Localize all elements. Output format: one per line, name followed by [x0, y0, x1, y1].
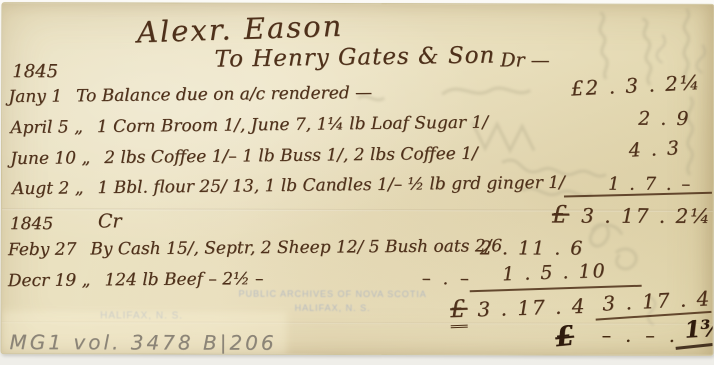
- year-label-credit: 1845: [10, 214, 53, 234]
- entry-date: April 5 „: [10, 117, 83, 138]
- entry-date: Jany 1: [8, 86, 62, 107]
- entry-description: To Balance due on a/c rendered —: [76, 83, 372, 106]
- stamp-line-1: PUBLIC ARCHIVES OF NOVA SCOTIA: [228, 288, 438, 302]
- entry-date: June 10 „: [10, 148, 90, 169]
- catalog-number-pencil: MG1 vol. 3478 B|206: [10, 330, 277, 355]
- debit-total: 3 . 17 . 2¼: [581, 204, 711, 228]
- archive-stamp: PUBLIC ARCHIVES OF NOVA SCOTIA HALIFAX, …: [228, 288, 438, 316]
- balance-amount: 1¾: [684, 314, 714, 344]
- entry-description: By Cash 15/, Septr, 2 Sheep 12/ 5 Bush o…: [90, 236, 502, 259]
- balance-currency-symbol: £: [554, 321, 576, 354]
- credit-total: 3 . 17 . 4: [477, 294, 587, 322]
- debit-indicator: Dr —: [500, 49, 549, 71]
- entry-description: 2 lbs Coffee 1/– 1 lb Buss 1/, 2 lbs Cof…: [104, 144, 478, 168]
- ledger-row-debit: Jany 1To Balance due on a/c rendered —: [8, 83, 372, 107]
- archive-stamp-fragment: HALIFAX, N. S.: [82, 308, 202, 323]
- balance-dashes: – . – .: [602, 325, 679, 347]
- entry-date: Feby 27: [8, 240, 77, 261]
- leader-dashes: – . –: [422, 268, 472, 289]
- ledger-row-credit: Feby 27By Cash 15/, Septr, 2 Sheep 12/ 5…: [8, 236, 502, 260]
- entry-amount: 2 . 9: [638, 108, 690, 130]
- addressee-line: To Henry Gates & Son: [214, 42, 495, 72]
- stamp-line-2: HALIFAX, N. S.: [228, 301, 438, 315]
- document-title: Alexr. Eason: [136, 9, 343, 50]
- entry-amount: 4 . 3: [628, 137, 681, 162]
- scanned-receipt: Alexr. Eason To Henry Gates & Son Dr — 1…: [0, 0, 714, 365]
- ledger-row-credit: Decr 19 „124 lb Beef – 2½ –: [8, 269, 264, 291]
- currency-symbol: £: [450, 295, 468, 329]
- entry-date: Augt 2 „: [12, 178, 84, 199]
- entry-amount: 2 . 11 . 6: [480, 237, 585, 259]
- credit-heading-label: Cr: [98, 210, 122, 232]
- year-label-debit: 1845: [12, 61, 58, 82]
- entry-date: Decr 19 „: [8, 270, 91, 291]
- currency-symbol: £: [552, 201, 569, 229]
- entry-amount: 1 . 5 . 10: [502, 260, 607, 285]
- paper: Alexr. Eason To Henry Gates & Son Dr — 1…: [1, 2, 714, 356]
